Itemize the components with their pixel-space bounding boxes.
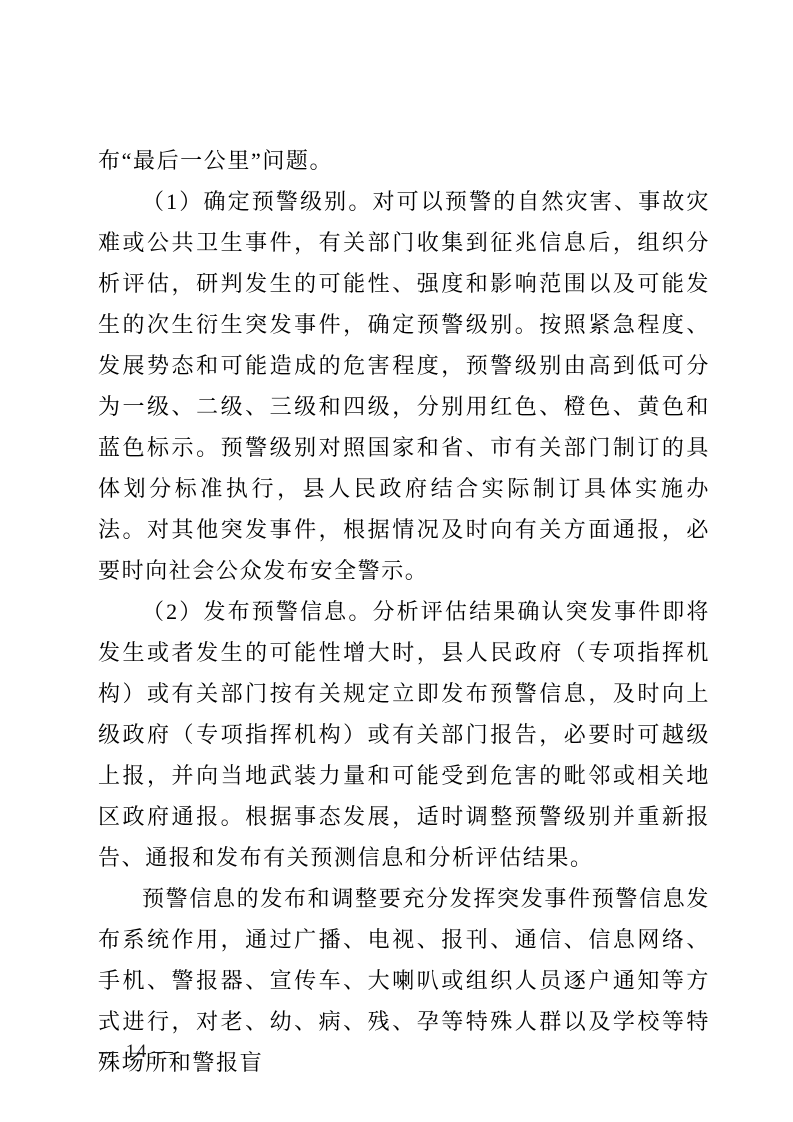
document-page: 布“最后一公里”问题。 （1）确定预警级别。对可以预警的自然灾害、事故灾难或公共… [0,0,793,1122]
paragraph-warning-dissemination: 预警信息的发布和调整要充分发挥突发事件预警信息发布系统作用，通过广播、电视、报刊… [98,878,710,1083]
paragraph-continuation: 布“最后一公里”问题。 [98,140,710,181]
paragraph-item-2-warning-info: （2）发布预警信息。分析评估结果确认突发事件即将发生或者发生的可能性增大时，县人… [98,591,710,878]
page-number: — 14 — [99,1040,175,1064]
paragraph-item-1-warning-level: （1）确定预警级别。对可以预警的自然灾害、事故灾难或公共卫生事件，有关部门收集到… [98,181,710,591]
text-block: 布“最后一公里”问题。 （1）确定预警级别。对可以预警的自然灾害、事故灾难或公共… [98,140,710,1083]
